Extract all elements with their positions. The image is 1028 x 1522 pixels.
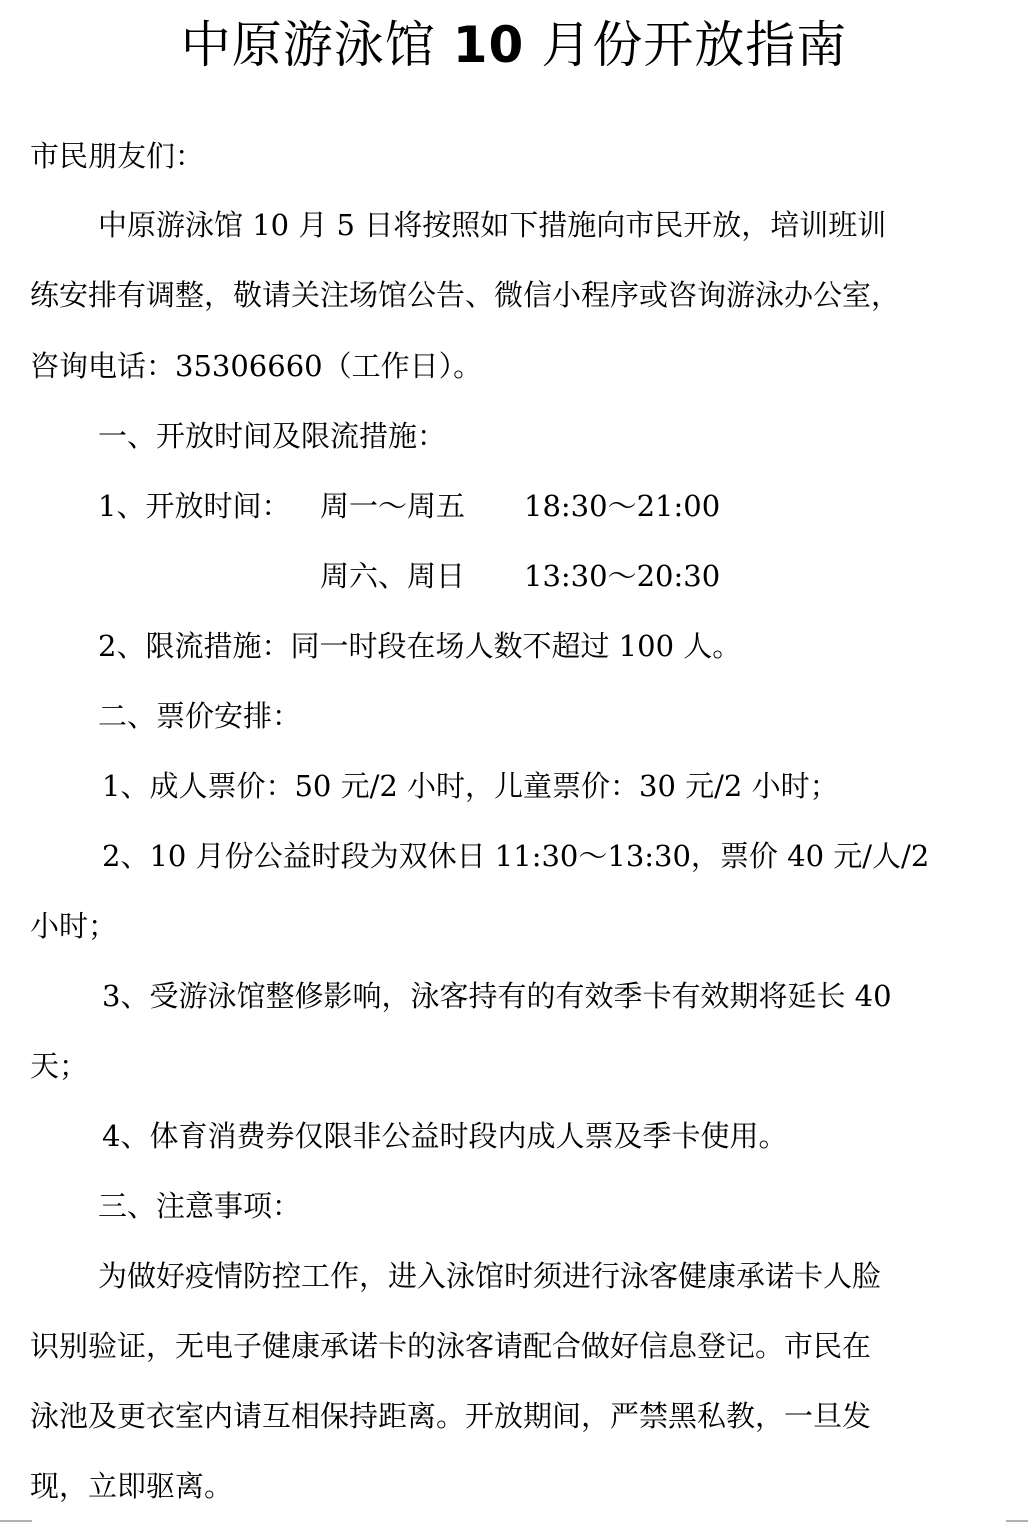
weekday-time: 18:30～21:00 [524,486,720,526]
price-item-3-line-1: 3、受游泳馆整修影响，泳客持有的有效季卡有效期将延长 40 [102,976,892,1016]
price-item-1: 1、成人票价：50 元/2 小时，儿童票价：30 元/2 小时； [102,766,839,806]
price-item-3-line-2: 天； [30,1046,88,1086]
weekday-label: 周一～周五 [320,486,465,526]
intro-line-2: 练安排有调整，敬请关注场馆公告、微信小程序或咨询游泳办公室， [30,275,900,315]
document-page: 中原游泳馆 10 月份开放指南 市民朋友们： 中原游泳馆 10 月 5 日将按照… [0,0,1028,1522]
notice-line-2: 识别验证，无电子健康承诺卡的泳客请配合做好信息登记。市民在 [30,1326,871,1366]
section2-heading: 二、票价安排： [98,696,301,736]
weekend-time: 13:30～20:30 [524,556,720,596]
price-item-4: 4、体育消费券仅限非公益时段内成人票及季卡使用。 [102,1116,787,1156]
capacity-limit: 2、限流措施：同一时段在场人数不超过 100 人。 [98,626,741,666]
weekend-label: 周六、周日 [320,556,465,596]
opening-hours-row-weekday: 1、开放时间： [98,486,290,526]
intro-line-1: 中原游泳馆 10 月 5 日将按照如下措施向市民开放，培训班训 [98,205,886,245]
title-suffix: 月份开放指南 [524,16,847,74]
opening-hours-label: 1、开放时间： [98,489,290,523]
intro-line-3: 咨询电话：35306660（工作日）。 [30,346,482,386]
title-number: 10 [453,16,525,74]
notice-line-3: 泳池及更衣室内请互相保持距离。开放期间，严禁黑私教，一旦发 [30,1396,871,1436]
section1-heading: 一、开放时间及限流措施： [98,416,446,456]
price-item-2-line-1: 2、10 月份公益时段为双休日 11:30～13:30，票价 40 元/人/2 [102,836,929,876]
price-item-2-line-2: 小时； [30,906,117,946]
notice-line-1: 为做好疫情防控工作，进入泳馆时须进行泳客健康承诺卡人脸 [98,1256,881,1296]
greeting: 市民朋友们： [30,136,204,176]
title-prefix: 中原游泳馆 [181,16,453,74]
section3-heading: 三、注意事项： [98,1186,301,1226]
notice-line-4: 现，立即驱离。 [30,1466,233,1506]
document-title: 中原游泳馆 10 月份开放指南 [0,12,1028,78]
